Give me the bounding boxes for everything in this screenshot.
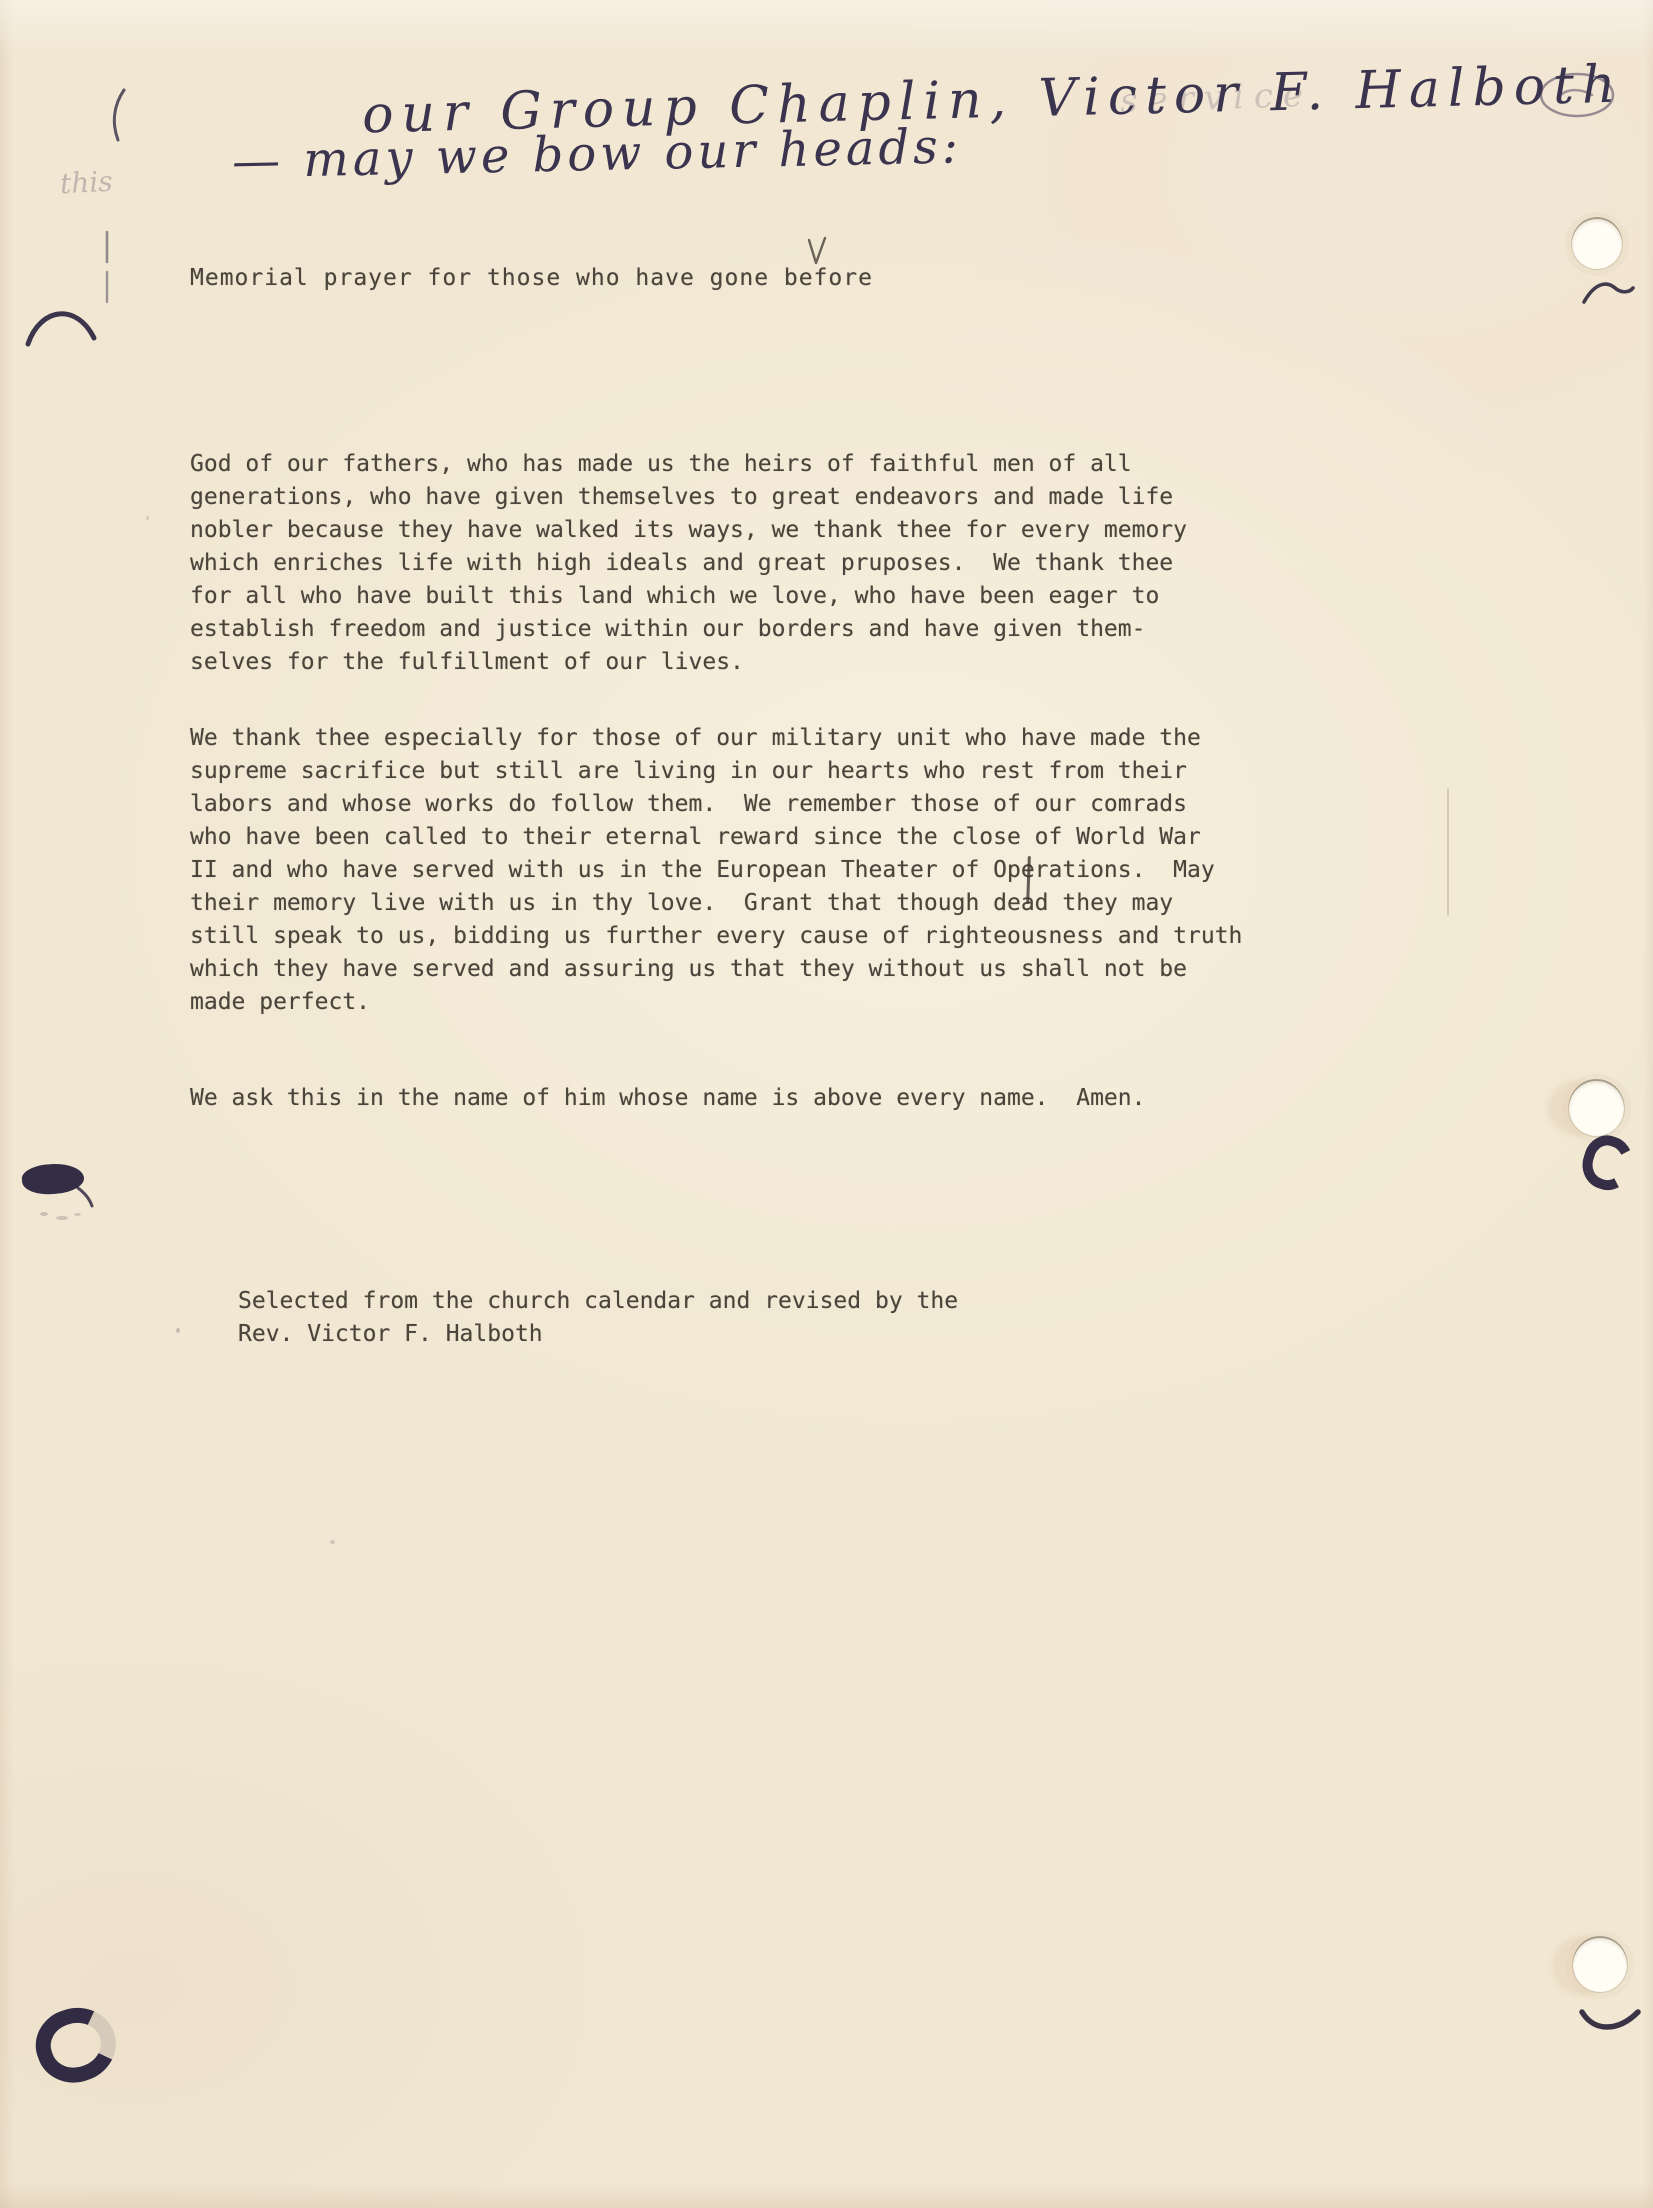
- arc-ink-mark: [22, 298, 100, 350]
- paragraph-3: We ask this in the name of him whose nam…: [190, 1082, 1145, 1115]
- document-heading: Memorial prayer for those who have gone …: [190, 262, 873, 295]
- dashed-line-mark: [102, 230, 112, 306]
- hole-punch-top: [1572, 219, 1622, 269]
- paper-speck: [176, 1328, 180, 1333]
- paper-speck: [330, 1540, 335, 1544]
- paragraph-1: God of our fathers, who has made us the …: [190, 448, 1187, 679]
- attribution: Selected from the church calendar and re…: [238, 1285, 958, 1351]
- handwritten-note-line2: — may we bow our heads:: [231, 118, 962, 189]
- ink-speck: [74, 1213, 81, 1216]
- squiggle-mark-top-right: [1582, 278, 1636, 306]
- ink-speck: [40, 1212, 48, 1216]
- scan-streak: [1447, 788, 1449, 916]
- ink-c-blob-bottom-left: [26, 1997, 126, 2094]
- hole-punch-middle: [1569, 1081, 1624, 1136]
- ink-c-mark-right: [1576, 1130, 1640, 1197]
- ink-speck: [56, 1216, 68, 1220]
- hole-punch-bottom: [1573, 1938, 1627, 1992]
- paragraph-2: We thank thee especially for those of ou…: [190, 722, 1242, 1019]
- caret-mark: [806, 236, 830, 268]
- scanned-document-page: this service our Group Chaplin, Victor F…: [0, 0, 1653, 2208]
- pencil-note-left: this: [59, 165, 113, 201]
- squiggle-mark-bottom-right: [1578, 2000, 1642, 2038]
- ink-smudge-left-tail: [76, 1186, 98, 1208]
- pen-tick-mark: [104, 86, 130, 146]
- paper-speck: [146, 516, 149, 520]
